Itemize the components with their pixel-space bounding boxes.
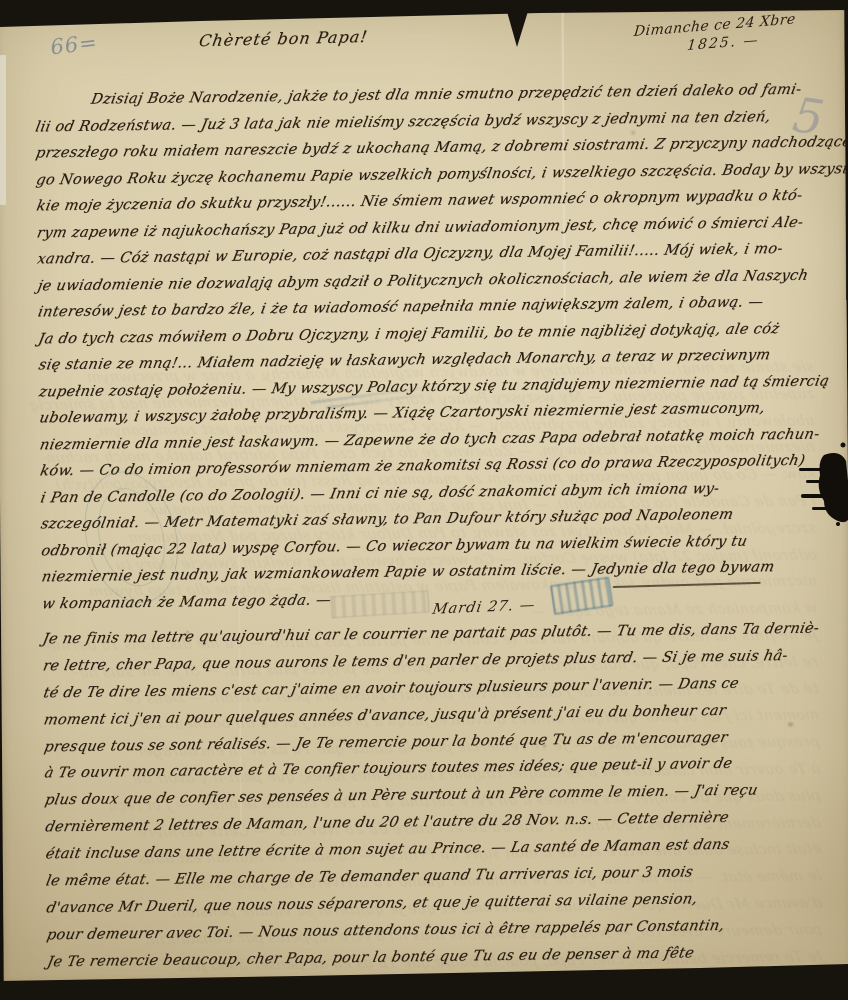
salutation: Chèreté bon Papa! xyxy=(198,27,370,50)
scanned-letter-page: 66= Chèreté bon Papa! Dimanche ce 24 Xbr… xyxy=(0,0,848,1000)
letter-paper: 66= Chèreté bon Papa! Dimanche ce 24 Xbr… xyxy=(0,5,848,984)
date-block: Dimanche ce 24 Xbre 1825. — xyxy=(633,11,797,57)
french-section: Je ne finis ma lettre qu'aujourd'hui car… xyxy=(40,615,835,976)
folio-number-pencil: 66= xyxy=(49,30,99,59)
